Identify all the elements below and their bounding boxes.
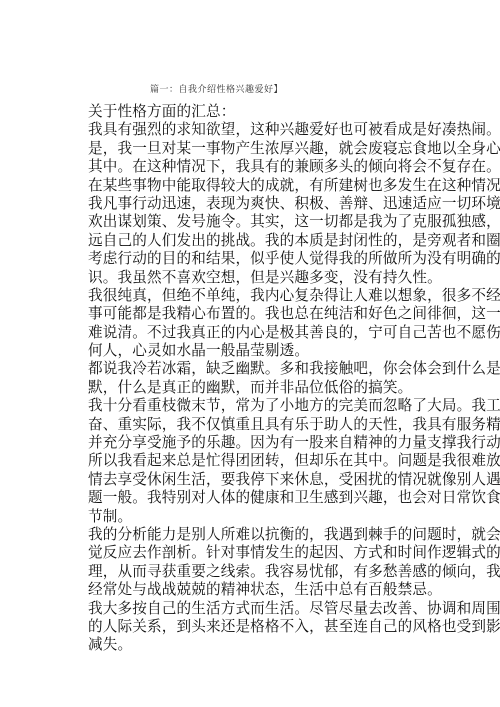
body-line: 识。我虽然不喜欢空想，但是兴趣多变，没有持久性。 — [88, 269, 488, 287]
body-line: 考虑行动的目的和结果，似乎使人觉得我的所做所为没有明确的意 — [88, 250, 488, 268]
body-line: 情去享受休闲生活，要我停下来休息，受困扰的情况就像别人遇到难 — [88, 471, 488, 489]
body-line: 是，我一旦对某一事物产生浓厚兴趣，就会废寝忘食地以全身心投入 — [88, 140, 488, 158]
document-body: 关于性格方面的汇总： 我具有强烈的求知欲望，这种兴趣爱好也可被看成是好凑热闹。但… — [88, 103, 488, 655]
body-line: 题一般。我特别对人体的健康和卫生感到兴趣，也会对日常饮食力行 — [88, 489, 488, 507]
body-line: 并充分享受施予的乐趣。因为有一股来自精神的力量支撑我行动力， — [88, 434, 488, 452]
body-line: 我的分析能力是别人所难以抗衡的，我遇到棘手的问题时，就会依直 — [88, 526, 488, 544]
body-line: 关于性格方面的汇总： — [88, 103, 488, 121]
body-line: 我具有强烈的求知欲望，这种兴趣爱好也可被看成是好凑热闹。但 — [88, 121, 488, 139]
body-line: 我很纯真，但绝不单纯，我内心复杂得让人难以想象，很多不经意的 — [88, 287, 488, 305]
body-line: 我大多按自己的生活方式而生活。尽管尽量去改善、协调和周围人 — [88, 600, 488, 618]
body-line: 减失。 — [88, 636, 488, 654]
body-line: 难说清。不过我真正的内心是极其善良的，宁可自己苦也不愿伤害任 — [88, 324, 488, 342]
body-line: 其中。在这种情况下，我具有的兼顾多头的倾向将会不复存在。而我 — [88, 158, 488, 176]
body-line: 何人，心灵如水晶一般晶莹剔透。 — [88, 342, 488, 360]
body-line: 欢出谋划策、发号施令。其实，这一切都是我为了克服孤独感，向疏 — [88, 213, 488, 231]
body-line: 所以我看起来总是忙得团团转，但却乐在其中。问题是我很难放松心 — [88, 452, 488, 470]
body-line: 觉反应去作剖析。针对事情发生的起因、方式和时间作逻辑式的推 — [88, 544, 488, 562]
body-line: 的人际关系，到头来还是格格不入，甚至连自己的风格也受到影响而 — [88, 618, 488, 636]
body-line: 我凡事行动迅速，表现为爽快、积极、善辩、迅速适应一切环境、喜 — [88, 195, 488, 213]
body-line: 都说我冷若冰霜，缺乏幽默。多和我接触吧，你会体会到什么是冷幽 — [88, 360, 488, 378]
body-line: 理，从而寻获重要之线索。我容易忧郁，有多愁善感的倾向，我 — [88, 563, 488, 581]
document-page: 篇一：自我介绍性格兴趣爱好】 关于性格方面的汇总： 我具有强烈的求知欲望，这种兴… — [0, 0, 500, 707]
body-line: 节制。 — [88, 508, 488, 526]
body-line: 经常处与战战兢兢的精神状态，生活中总有百般禁忌。 — [88, 581, 488, 599]
body-line: 事可能都是我精心布置的。我也总在纯洁和好色之间徘徊，这一点最 — [88, 305, 488, 323]
body-line: 远自己的人们发出的挑战。我的本质是封闭性的，是旁观者和圈外人 — [88, 232, 488, 250]
body-line: 在某些事物中能取得较大的成就，有所建树也多发生在这种情况下。 — [88, 177, 488, 195]
body-line: 默，什么是真正的幽默，而并非品位低俗的搞笑。 — [88, 379, 488, 397]
body-line: 我十分看重枝微末节，常为了小地方的完美而忽略了大局。我工作勤 — [88, 397, 488, 415]
document-header: 篇一：自我介绍性格兴趣爱好】 — [150, 82, 283, 95]
body-line: 奋、重实际，我不仅慎重且具有乐于助人的天性，我具有服务精神， — [88, 416, 488, 434]
